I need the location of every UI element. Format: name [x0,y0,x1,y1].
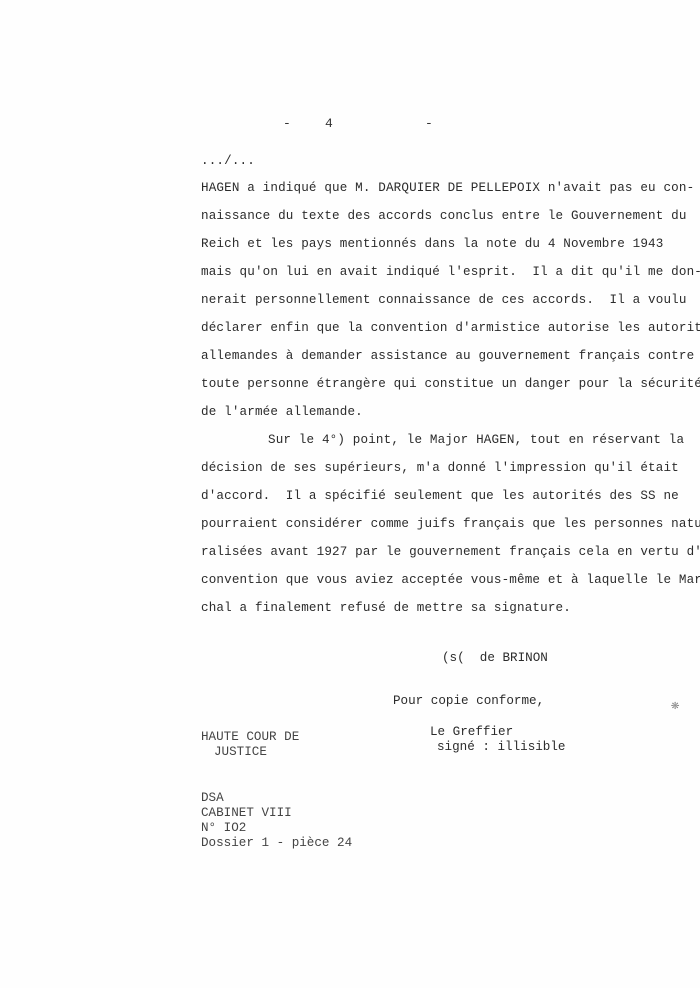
archive-line: Dossier 1 - pièce 24 [201,836,352,851]
text-line: pourraient considérer comme juifs frança… [201,517,681,531]
court-name-line: HAUTE COUR DE [201,730,299,745]
signature-line: (s( de BRINON [442,651,548,665]
text-line: de l'armée allemande. [201,405,363,419]
archive-line: N° IO2 [201,821,246,836]
text-line: naissance du texte des accords conclus e… [201,209,681,223]
page-number-dash-left: - [283,116,291,131]
text-line: toute personne étrangère qui constitue u… [201,377,681,391]
continuation-mark: .../... [201,154,255,168]
text-line: allemandes à demander assistance au gouv… [201,349,681,363]
text-line: convention que vous aviez acceptée vous-… [201,573,681,587]
page-number-dash-right: - [425,116,433,131]
copy-certification: Pour copie conforme, [393,694,544,708]
text-line: nerait personnellement connaissance de c… [201,293,681,307]
text-line: décision de ses supérieurs, m'a donné l'… [201,461,681,475]
document-page: - 4 - .../... HAGEN a indiqué que M. DAR… [0,0,700,988]
archive-line: CABINET VIII [201,806,292,821]
stamp-mark-icon: ❋ [671,697,679,714]
archive-line: DSA [201,791,224,806]
text-line: mais qu'on lui en avait indiqué l'esprit… [201,265,681,279]
text-line: chal a finalement refusé de mettre sa si… [201,601,571,615]
text-line: d'accord. Il a spécifié seulement que le… [201,489,681,503]
text-line: ralisées avant 1927 par le gouvernement … [201,545,681,559]
court-name-line: JUSTICE [214,745,267,760]
text-line: HAGEN a indiqué que M. DARQUIER DE PELLE… [201,181,681,195]
page-number: 4 [325,116,333,131]
text-line: déclarer enfin que la convention d'armis… [201,321,681,335]
clerk-title: Le Greffier [430,725,513,739]
text-line: Reich et les pays mentionnés dans la not… [201,237,681,251]
clerk-signature: signé : illisible [437,740,565,754]
text-line: Sur le 4°) point, le Major HAGEN, tout e… [268,433,684,447]
